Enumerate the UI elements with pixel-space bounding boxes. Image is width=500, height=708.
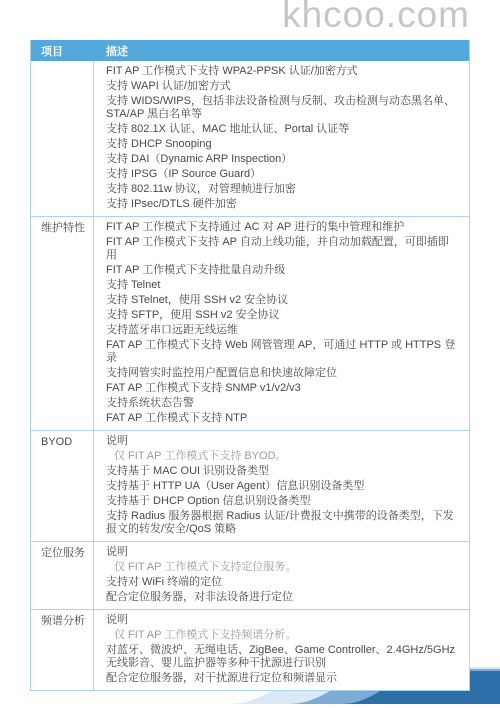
description-line: 支持蓝牙串口远距无线运维 [106,323,459,338]
description-line: 支持基于 HTTP UA（User Agent）信息识别设备类型 [106,479,459,494]
table-body: FIT AP 工作模式下支持 WPA2-PPSK 认证/加密方式支持 WAPI … [31,61,469,690]
description-line: 支持基于 DHCP Option 信息识别设备类型 [106,494,459,509]
description-line: 支持 Telnet [106,278,459,293]
description-line: 支持 STelnet，使用 SSH v2 安全协议 [106,293,459,308]
section-label: 维护特性 [31,217,94,430]
description-line: FIT AP 工作模式下支持批量自动升级 [106,263,459,278]
spec-table: 项目 描述 FIT AP 工作模式下支持 WPA2-PPSK 认证/加密方式支持… [30,40,470,691]
description-line: FAT AP 工作模式下支持 NTP [106,411,459,426]
section-description-cell: FIT AP 工作模式下支持通过 AC 对 AP 进行的集中管理和维护FIT A… [94,217,469,430]
description-line: 支持 IPsec/DTLS 硬件加密 [106,197,459,212]
description-line: 支持 DAI（Dynamic ARP Inspection） [106,152,459,167]
description-line: 支持网管实时监控用户配置信息和快速故障定位 [106,366,459,381]
column-header-item: 项目 [31,43,94,59]
watermark: khcoo.com [282,0,470,36]
description-line: 支持对 WiFi 终端的定位 [106,575,459,590]
description-line: 仅 FIT AP 工作模式下支持频谱分析。 [106,628,459,643]
description-line: 支持 802.1X 认证、MAC 地址认证、Portal 认证等 [106,122,459,137]
section-label: 定位服务 [31,542,94,609]
description-line: 支持 SFTP，使用 SSH v2 安全协议 [106,308,459,323]
description-line: 支持系统状态告警 [106,396,459,411]
section-description-cell: 说明仅 FIT AP 工作模式下支持 BYOD。支持基于 MAC OUI 识别设… [94,431,469,541]
description-line: FAT AP 工作模式下支持 SNMP v1/v2/v3 [106,381,459,396]
column-header-description: 描述 [94,43,469,59]
description-line: 说明 [106,613,459,628]
description-line: 说明 [106,545,459,560]
description-line: 支持 WAPI 认证/加密方式 [106,79,459,94]
section-label [31,61,94,216]
section-description-cell: FIT AP 工作模式下支持 WPA2-PPSK 认证/加密方式支持 WAPI … [94,61,469,216]
section-description-cell: 说明仅 FIT AP 工作模式下支持定位服务。支持对 WiFi 终端的定位配合定… [94,542,469,609]
description-line: 配合定位服务器，对非法设备进行定位 [106,590,459,605]
description-line: 支持 DHCP Snooping [106,137,459,152]
description-line: FIT AP 工作模式下支持 WPA2-PPSK 认证/加密方式 [106,64,459,79]
table-header-row: 项目 描述 [31,40,469,61]
description-line: FAT AP 工作模式下支持 Web 网管管理 AP，可通过 HTTP 或 HT… [106,338,459,366]
section-label: 频谱分析 [31,610,94,690]
description-line: 配合定位服务器，对干扰源进行定位和频谱显示 [106,671,459,686]
description-line: 支持基于 MAC OUI 识别设备类型 [106,464,459,479]
description-line: 仅 FIT AP 工作模式下支持 BYOD。 [106,449,459,464]
table-section-row: FIT AP 工作模式下支持 WPA2-PPSK 认证/加密方式支持 WAPI … [31,61,469,216]
description-line: FIT AP 工作模式下支持 AP 自动上线功能，并自动加载配置，可即插即用 [106,235,459,263]
description-line: 仅 FIT AP 工作模式下支持定位服务。 [106,560,459,575]
table-section-row: 定位服务说明仅 FIT AP 工作模式下支持定位服务。支持对 WiFi 终端的定… [31,541,469,609]
section-label: BYOD [31,431,94,541]
description-line: 支持 WIDS/WIPS，包括非法设备检测与反制、攻击检测与动态黑名单、STA/… [106,94,459,122]
description-line: 对蓝牙、微波炉、无绳电话、ZigBee、Game Controller、2.4G… [106,643,459,671]
table-section-row: 维护特性FIT AP 工作模式下支持通过 AC 对 AP 进行的集中管理和维护F… [31,216,469,430]
description-line: FIT AP 工作模式下支持通过 AC 对 AP 进行的集中管理和维护 [106,220,459,235]
description-line: 支持 Radius 服务器根据 Radius 认证/计费报文中携带的设备类型，下… [106,509,459,537]
description-line: 说明 [106,434,459,449]
table-section-row: BYOD说明仅 FIT AP 工作模式下支持 BYOD。支持基于 MAC OUI… [31,430,469,541]
description-line: 支持 802.11w 协议，对管理帧进行加密 [106,182,459,197]
section-description-cell: 说明仅 FIT AP 工作模式下支持频谱分析。对蓝牙、微波炉、无绳电话、ZigB… [94,610,469,690]
description-line: 支持 IPSG（IP Source Guard） [106,167,459,182]
table-section-row: 频谱分析说明仅 FIT AP 工作模式下支持频谱分析。对蓝牙、微波炉、无绳电话、… [31,609,469,690]
